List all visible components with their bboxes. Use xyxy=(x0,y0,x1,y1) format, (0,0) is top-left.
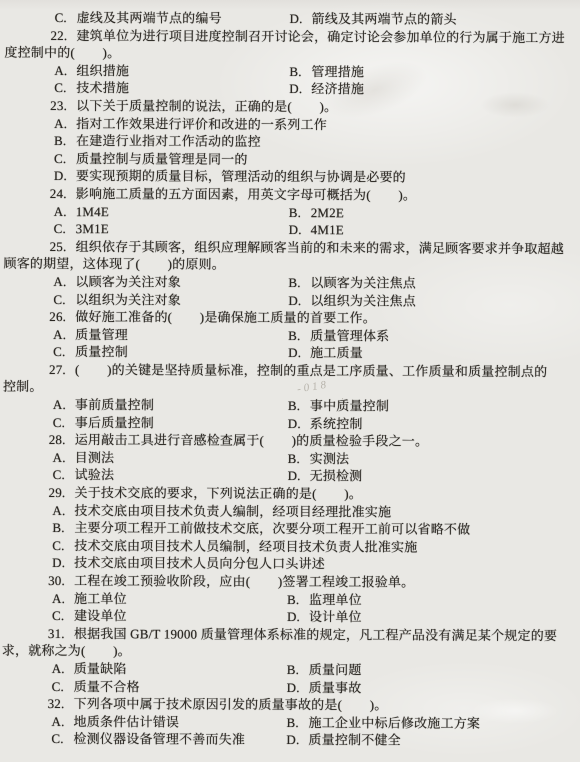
option-letter: C. xyxy=(53,466,75,484)
option-letter: D. xyxy=(287,608,309,626)
question-stem-text: ( )的关键是坚持质量标准，控制的重点是工序质量、工作质量和质量控制点的 xyxy=(75,362,547,379)
option-text: 以组织为关注焦点 xyxy=(310,293,416,308)
option-text: 质量管理体系 xyxy=(310,328,389,343)
option-letter: A. xyxy=(54,62,76,80)
option-letter: C. xyxy=(54,79,76,97)
option-right: B.实测法 xyxy=(288,450,350,468)
option-text: 实测法 xyxy=(310,451,350,466)
question-stem-text: 根据我国 GB/T 19000 质量管理体系标准的规定，凡工程产品没有满足某个规… xyxy=(74,626,557,643)
option-text: 4M1E xyxy=(311,222,344,237)
option-text: 以组织为关注对象 xyxy=(75,292,181,307)
option-right: D.施工质量 xyxy=(288,344,363,362)
option-letter: C. xyxy=(53,343,75,361)
option-text: 2M2E xyxy=(311,205,344,220)
option-letter: D. xyxy=(288,467,310,485)
option-right: D.以组织为关注焦点 xyxy=(288,291,416,309)
option-text: 虚线及其两端节点的编号 xyxy=(77,10,222,26)
option-text: 事前质量控制 xyxy=(75,397,154,412)
question-stem-text: 顾客的期望，这体现了( )的原则。 xyxy=(3,256,225,272)
option-text: 质量控制 xyxy=(75,344,128,359)
option-right: B.质量管理体系 xyxy=(288,327,389,345)
option-letter: C. xyxy=(53,290,75,308)
options-line: C.检测仪器设备管理不善而失准D.质量控制不健全 xyxy=(0,730,578,750)
option-left: A.质量管理 xyxy=(53,327,128,342)
option-text: 箭线及其两端节点的箭头 xyxy=(312,11,457,27)
question-stem-text: 工程在竣工预验收阶段，应由( )签署工程竣工报验单。 xyxy=(74,573,414,589)
option-text: 指对工作效果进行评价和改进的一系列工作 xyxy=(76,116,327,132)
option-letter: A. xyxy=(53,326,75,344)
option-right: B.管理措施 xyxy=(289,63,364,81)
option-right: D.质量控制不健全 xyxy=(286,731,400,749)
scanned-exam-page: -018 · C.虚线及其两端节点的编号D.箭线及其两端节点的箭头22.建筑单位… xyxy=(0,0,580,762)
option-text: 质量问题 xyxy=(309,662,362,677)
option-letter: B. xyxy=(288,327,310,345)
option-letter: B. xyxy=(287,661,309,679)
option-text: 系统控制 xyxy=(310,416,363,431)
option-left: B.主要分项工程开工前做技术交底，次要分项工程开工前可以省略不做 xyxy=(52,520,470,537)
option-left: C.3M1E xyxy=(54,221,109,236)
question-number: 23. xyxy=(50,97,76,115)
option-text: 事中质量控制 xyxy=(310,398,389,413)
question-number: 32. xyxy=(48,695,74,713)
option-letter: C. xyxy=(55,9,77,27)
option-right: D.经济措施 xyxy=(289,80,364,98)
question-stem-text: 求，就称之为( )。 xyxy=(2,643,131,659)
option-letter: A. xyxy=(53,449,75,467)
question-stem-text: 做好施工准备的( )是确保施工质量的首要工作。 xyxy=(75,309,376,325)
option-text: 以顾客为关注焦点 xyxy=(310,275,416,290)
option-text: 目测法 xyxy=(75,450,115,465)
question-stem-text: 运用敲击工具进行音感检查属于( )的质量检验手段之一。 xyxy=(75,432,429,449)
option-right: B.质量问题 xyxy=(287,661,362,679)
option-letter: A. xyxy=(52,660,74,678)
option-text: 试验法 xyxy=(75,467,115,482)
option-letter: C. xyxy=(54,150,76,168)
option-text: 在建造行业指对工作活动的监控 xyxy=(76,133,261,149)
option-letter: D. xyxy=(289,80,311,98)
option-right: B.监理单位 xyxy=(287,591,362,609)
option-right: D.设计单位 xyxy=(287,608,362,626)
question-stem-text: 度控制中的( )。 xyxy=(4,45,120,61)
option-left: C.技术措施 xyxy=(54,80,129,95)
option-right: D.质量事故 xyxy=(287,679,362,697)
question-stem-text: 以下关于质量控制的说法，正确的是( )。 xyxy=(76,98,337,114)
option-letter: B. xyxy=(288,397,310,415)
option-text: 地质条件估计错误 xyxy=(73,714,179,729)
option-text: 技术措施 xyxy=(76,80,129,95)
option-letter: A. xyxy=(53,273,75,291)
option-letter: C. xyxy=(51,730,73,748)
question-number: 26. xyxy=(49,308,75,326)
question-stem-text: 影响施工质量的五方面因素，用英文字母可概括为( )。 xyxy=(76,186,416,202)
exam-questions: C.虚线及其两端节点的编号D.箭线及其两端节点的箭头22.建筑单位为进行项目进度… xyxy=(0,0,580,762)
option-letter: B. xyxy=(286,714,308,732)
question-number: 29. xyxy=(48,484,74,502)
option-letter: D. xyxy=(288,291,310,309)
option-letter: A. xyxy=(53,396,75,414)
option-left: C.事后质量控制 xyxy=(53,415,154,430)
question-stem-text: 关于技术交底的要求，下列说法正确的是( )。 xyxy=(74,485,362,501)
question-number: 27. xyxy=(49,361,75,379)
option-text: 1M4E xyxy=(76,204,109,219)
option-text: 建设单位 xyxy=(74,608,127,623)
option-text: 质量事故 xyxy=(309,680,362,695)
option-text: 要实现预期的质量目标，管理活动的组织与协调是必要的 xyxy=(76,168,406,184)
option-letter: D. xyxy=(52,554,74,572)
option-letter: A. xyxy=(52,590,74,608)
option-left: C.质量控制 xyxy=(53,344,128,359)
option-left: C.质量控制与质量管理是同一的 xyxy=(54,151,248,167)
option-letter: C. xyxy=(52,607,74,625)
option-text: 监理单位 xyxy=(309,592,362,607)
option-text: 3M1E xyxy=(76,221,109,236)
option-left: A.施工单位 xyxy=(52,591,127,606)
question-number: 30. xyxy=(48,572,74,590)
option-right: B.以顾客为关注焦点 xyxy=(288,274,416,292)
option-text: 技术交底由项目技术人员向分包人口头讲述 xyxy=(74,555,325,571)
option-text: 施工单位 xyxy=(74,591,127,606)
question-number: 31. xyxy=(48,625,74,643)
question-number: 25. xyxy=(50,238,76,256)
option-left: A.以顾客为关注对象 xyxy=(53,274,181,290)
option-letter: D. xyxy=(289,221,311,239)
option-text: 主要分项工程开工前做技术交底，次要分项工程开工前可以省略不做 xyxy=(74,520,470,537)
option-text: 无损检测 xyxy=(310,469,363,484)
option-text: 事后质量控制 xyxy=(75,415,154,430)
option-letter: A. xyxy=(52,502,74,520)
question-number: 24. xyxy=(50,185,76,203)
question-stem-text: 组织依存于其顾客，组织应理解顾客当前的和未来的需求，满足顾客要求并争取超越 xyxy=(76,239,564,256)
option-letter: B. xyxy=(287,591,309,609)
option-left: C.虚线及其两端节点的编号 xyxy=(55,10,222,26)
option-text: 经济措施 xyxy=(311,81,364,96)
option-right: D.4M1E xyxy=(289,221,344,239)
option-left: B.在建造行业指对工作活动的监控 xyxy=(54,133,261,149)
option-text: 质量控制不健全 xyxy=(308,732,400,747)
question-number: 22. xyxy=(50,27,76,45)
option-text: 以顾客为关注对象 xyxy=(75,274,181,289)
option-left: A.指对工作效果进行评价和改进的一系列工作 xyxy=(54,116,327,132)
option-letter: D. xyxy=(288,415,310,433)
option-left: A.事前质量控制 xyxy=(53,397,154,412)
option-letter: D. xyxy=(54,167,76,185)
option-right: D.无损检测 xyxy=(288,467,363,485)
option-letter: A. xyxy=(54,115,76,133)
option-left: A.目测法 xyxy=(53,450,115,465)
option-letter: C. xyxy=(52,678,74,696)
option-left: C.以组织为关注对象 xyxy=(53,291,181,307)
option-left: A.技术交底由项目技术负责人编制，经项目经理批准实施 xyxy=(52,503,391,519)
question-number: 28. xyxy=(49,431,75,449)
option-left: C.技术交底由项目技术人员编制，经项目技术负责人批准实施 xyxy=(52,538,417,555)
option-left: C.质量不合格 xyxy=(52,679,140,694)
option-letter: C. xyxy=(54,220,76,238)
option-letter: B. xyxy=(288,274,310,292)
option-right: B.施工企业中标后修改施工方案 xyxy=(286,714,480,732)
option-text: 组织措施 xyxy=(76,63,129,78)
option-text: 质量管理 xyxy=(75,327,128,342)
option-letter: D. xyxy=(288,344,310,362)
option-letter: C. xyxy=(52,537,74,555)
option-letter: B. xyxy=(289,204,311,222)
option-letter: B. xyxy=(289,63,311,81)
option-left: C.检测仪器设备管理不善而失准 xyxy=(51,731,245,747)
option-letter: A. xyxy=(51,713,73,731)
option-left: A.组织措施 xyxy=(54,63,129,78)
option-letter: A. xyxy=(54,202,76,220)
option-left: D.技术交底由项目技术人员向分包人口头讲述 xyxy=(52,555,325,571)
option-text: 技术交底由项目技术负责人编制，经项目经理批准实施 xyxy=(74,503,391,519)
option-text: 质量控制与质量管理是同一的 xyxy=(76,151,248,167)
option-text: 质量不合格 xyxy=(74,679,140,694)
option-right: B.事中质量控制 xyxy=(288,397,389,415)
option-text: 施工企业中标后修改施工方案 xyxy=(308,715,480,731)
option-text: 施工质量 xyxy=(310,345,363,360)
option-left: C.建设单位 xyxy=(52,608,127,623)
option-left: C.试验法 xyxy=(53,467,115,482)
option-left: A.1M4E xyxy=(54,203,109,218)
option-text: 技术交底由项目技术人员编制，经项目技术负责人批准实施 xyxy=(74,538,417,554)
option-right: B.2M2E xyxy=(289,204,344,222)
option-text: 检测仪器设备管理不善而失准 xyxy=(73,731,245,747)
option-left: A.地质条件估计错误 xyxy=(51,714,179,730)
option-letter: D. xyxy=(287,679,309,697)
question-stem-text: 建筑单位为进行项目进度控制召开讨论会，确定讨论会参加单位的行为属于施工方进 xyxy=(76,28,564,45)
option-text: 设计单位 xyxy=(309,609,362,624)
question-stem-text: 下列各项中属于技术原因引发的质量事故的是( )。 xyxy=(74,696,388,712)
option-letter: D. xyxy=(286,731,308,749)
option-letter: B. xyxy=(52,519,74,537)
option-letter: B. xyxy=(288,450,310,468)
option-text: 管理措施 xyxy=(311,64,364,79)
option-letter: B. xyxy=(54,132,76,150)
option-left: D.要实现预期的质量目标，管理活动的组织与协调是必要的 xyxy=(54,168,406,185)
option-letter: D. xyxy=(290,10,312,28)
option-right: D.系统控制 xyxy=(288,415,363,433)
option-left: A.质量缺陷 xyxy=(52,661,127,676)
option-text: 质量缺陷 xyxy=(74,661,127,676)
option-letter: C. xyxy=(53,414,75,432)
question-stem-text: 控制。 xyxy=(3,379,43,394)
option-right: D.箭线及其两端节点的箭头 xyxy=(290,10,457,28)
